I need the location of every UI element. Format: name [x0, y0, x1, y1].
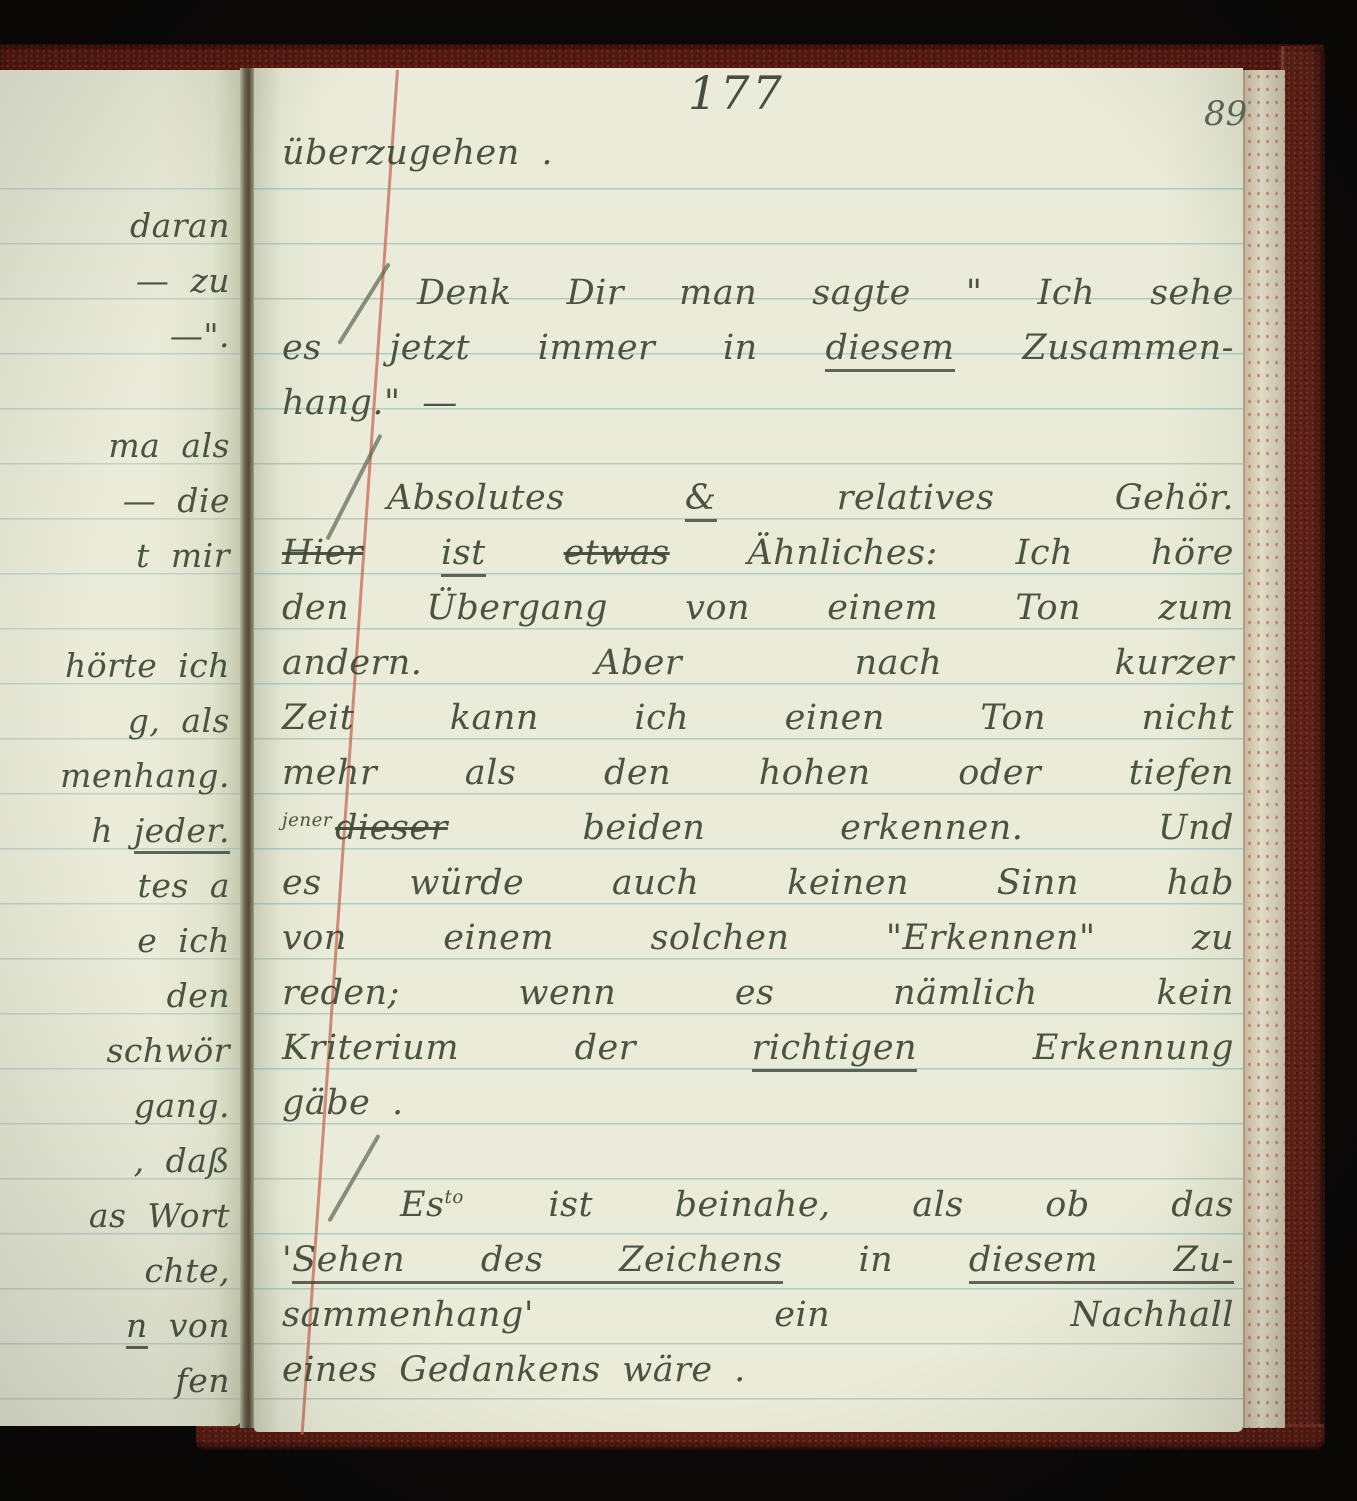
handwriting-segment: diesem Zu- [969, 1240, 1234, 1284]
handwriting-segment: ' [282, 1240, 292, 1280]
handwriting-segment: —". [170, 316, 230, 355]
handwriting-line: ma als [0, 418, 230, 473]
handwriting-line [0, 363, 230, 418]
handwriting-segment: — zu [136, 261, 230, 300]
handwriting-line: fen [0, 1353, 230, 1408]
handwriting-line: g, als [0, 693, 230, 748]
handwriting-segment: eines Gedankens wäre . [282, 1350, 746, 1390]
handwriting-segment: ma als [108, 426, 230, 465]
handwriting-line: jenerdieser beiden erkennen. Und [282, 801, 1234, 856]
handwriting-line: überzugehen . [282, 126, 1234, 181]
manuscript-text: überzugehen .Denk Dir man sagte " Ich se… [282, 126, 1234, 1398]
handwriting-line: Zeit kann ich einen Ton nicht [282, 691, 1234, 746]
handwriting-segment: Absolutes [387, 478, 685, 518]
handwriting-segment: fen [176, 1361, 231, 1400]
manuscript-paragraph: Esto ist beinahe, als ob das'Sehen des Z… [282, 1178, 1234, 1398]
handwriting-segment: — die [123, 481, 230, 520]
handwriting-line: 'Sehen des Zeichens in diesem Zu- [282, 1233, 1234, 1288]
handwriting-line: andern. Aber nach kurzer [282, 636, 1234, 691]
handwriting-segment [363, 533, 441, 573]
handwriting-segment: den Übergang von einem Ton zum [282, 588, 1234, 628]
handwriting-segment: relatives Gehör. [717, 478, 1234, 518]
handwriting-line: mehr als den hohen oder tiefen [282, 746, 1234, 801]
handwriting-segment: jener [282, 810, 332, 831]
handwriting-line: —". [0, 308, 230, 363]
handwriting-line: es würde auch keinen Sinn hab [282, 856, 1234, 911]
handwriting-segment: chte, [144, 1251, 230, 1290]
handwriting-segment: , daß [134, 1141, 230, 1180]
handwriting-segment: Es [400, 1185, 445, 1225]
handwriting-line: n von [0, 1298, 230, 1353]
page-edge-stack [1243, 70, 1285, 1428]
handwriting-line: as Wort [0, 1188, 230, 1243]
handwriting-segment: andern. Aber nach kurzer [282, 643, 1234, 683]
handwriting-line: reden; wenn es nämlich kein [282, 966, 1234, 1021]
handwriting-segment: t mir [136, 536, 230, 575]
handwriting-line: Esto ist beinahe, als ob das [282, 1178, 1234, 1233]
page-number-pencil: 177 [688, 66, 785, 120]
handwriting-segment: in [783, 1240, 969, 1280]
handwriting-line: schwör [0, 1023, 230, 1078]
left-page-text: daran— zu—". ma als— diet mir hörte ichg… [0, 198, 240, 1408]
handwriting-line: h jeder. [0, 803, 230, 858]
handwriting-segment: daran [130, 206, 230, 245]
handwriting-segment: mehr als den hohen oder tiefen [282, 753, 1234, 793]
manuscript-paragraph: Absolutes & relatives Gehör.Hier ist etw… [282, 471, 1234, 1131]
handwriting-line: Denk Dir man sagte " Ich sehe [282, 266, 1234, 321]
handwriting-segment: ist beinahe, als ob das [467, 1185, 1234, 1225]
handwriting-segment: hörte ich [65, 646, 230, 685]
handwriting-line [0, 583, 230, 638]
handwriting-segment: reden; wenn es nämlich kein [282, 973, 1234, 1013]
handwriting-segment: Hier [282, 533, 363, 573]
handwriting-segment: Denk Dir man sagte " Ich sehe [417, 273, 1234, 313]
handwriting-line: den [0, 968, 230, 1023]
handwriting-line: den Übergang von einem Ton zum [282, 581, 1234, 636]
handwriting-line: chte, [0, 1243, 230, 1298]
handwriting-segment: to [445, 1187, 464, 1208]
handwriting-segment: von einem solchen "Erkennen" zu [282, 918, 1234, 958]
handwriting-segment: hang." — [282, 383, 458, 423]
handwriting-line: , daß [0, 1133, 230, 1188]
handwriting-segment: es jetzt immer in [282, 328, 825, 368]
handwriting-segment: sammenhang' ein Nachhall [282, 1295, 1234, 1335]
handwriting-segment: Zeit kann ich einen Ton nicht [282, 698, 1234, 738]
handwriting-segment: Erkennung [917, 1028, 1234, 1068]
handwriting-line: daran [0, 198, 230, 253]
handwriting-line: von einem solchen "Erkennen" zu [282, 911, 1234, 966]
handwriting-segment: g, als [128, 701, 230, 740]
handwriting-line: menhang. [0, 748, 230, 803]
handwriting-segment: Sehen des Zeichens [292, 1240, 783, 1284]
handwriting-segment: h [91, 811, 134, 850]
handwriting-segment: richtigen [752, 1028, 918, 1072]
handwriting-segment: beiden erkennen. Und [448, 808, 1234, 848]
handwriting-line: sammenhang' ein Nachhall [282, 1288, 1234, 1343]
handwriting-line: hörte ich [0, 638, 230, 693]
notebook-photo: 177 89 daran— zu—". ma als— diet mir hör… [0, 0, 1357, 1501]
handwriting-segment: schwör [106, 1031, 230, 1070]
handwriting-line: t mir [0, 528, 230, 583]
handwriting-segment: überzugehen . [282, 133, 553, 173]
handwriting-line: es jetzt immer in diesem Zusammen- [282, 321, 1234, 376]
handwriting-line: Absolutes & relatives Gehör. [282, 471, 1234, 526]
handwriting-segment: gang. [134, 1086, 230, 1125]
handwriting-line: Hier ist etwas Ähnliches: Ich höre [282, 526, 1234, 581]
handwriting-line: eines Gedankens wäre . [282, 1343, 1234, 1398]
handwriting-segment: as Wort [89, 1196, 230, 1235]
handwriting-segment: menhang. [60, 756, 230, 795]
handwriting-line: — die [0, 473, 230, 528]
handwriting-line: tes a [0, 858, 230, 913]
handwriting-segment: n [126, 1306, 148, 1349]
handwriting-segment: Ähnliches: Ich höre [670, 533, 1234, 573]
handwriting-segment: diesem [825, 328, 954, 372]
handwriting-segment: Kriterium der [282, 1028, 752, 1068]
handwriting-segment: dieser [335, 808, 448, 848]
handwriting-segment: von [148, 1306, 230, 1345]
handwriting-segment: & [685, 478, 717, 522]
book-cover-right-edge [1281, 46, 1325, 1448]
handwriting-line: gäbe . [282, 1076, 1234, 1131]
handwriting-line: Kriterium der richtigen Erkennung [282, 1021, 1234, 1076]
handwriting-segment: den [167, 976, 230, 1015]
handwriting-segment: ist [441, 533, 486, 577]
manuscript-paragraph: überzugehen . [282, 126, 1234, 181]
handwriting-segment: e ich [137, 921, 230, 960]
handwriting-segment: jeder. [134, 811, 230, 854]
handwriting-segment: etwas [564, 533, 670, 573]
manuscript-paragraph: Denk Dir man sagte " Ich sehees jetzt im… [282, 266, 1234, 431]
handwriting-line: hang." — [282, 376, 1234, 431]
handwriting-segment: Zusammen- [955, 328, 1234, 368]
handwriting-segment [486, 533, 564, 573]
handwriting-segment: tes a [138, 866, 230, 905]
handwriting-line: — zu [0, 253, 230, 308]
handwriting-line: gang. [0, 1078, 230, 1133]
handwriting-line: e ich [0, 913, 230, 968]
handwriting-segment: gäbe . [282, 1083, 404, 1123]
handwriting-segment: es würde auch keinen Sinn hab [282, 863, 1234, 903]
